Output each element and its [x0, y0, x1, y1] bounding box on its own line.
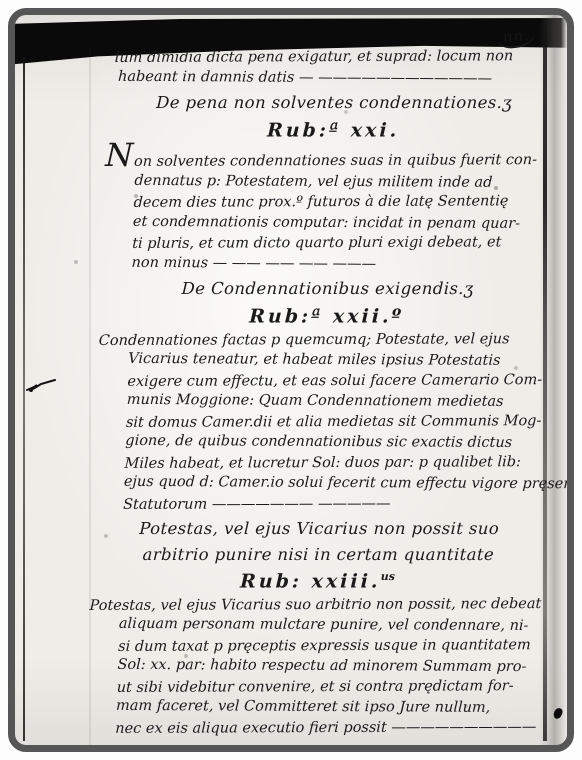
manuscript-line: dennatus p: Potestatem, vel ejus militem… — [134, 171, 563, 194]
manuscript-line: aliquam personam mulctare punire, vel co… — [118, 614, 547, 637]
paragraph-21: Non solventes condennationes suas in qui… — [97, 143, 564, 274]
manuscript-line: Condennationes factas p quemcumq; Potest… — [98, 329, 557, 351]
manuscript-line: habeant in damnis datis — ———————————— — [118, 66, 567, 89]
rubric-superscript: us — [380, 570, 395, 583]
manuscript-line: exigere cum effectu, et eas solui facere… — [127, 370, 556, 392]
rubric-text: Rub:ª xxi. — [267, 119, 400, 141]
manuscript-line: Vicarius teneatur, et habeat miles ipsiu… — [128, 349, 557, 372]
paragraph-22: Condennationes factas p quemcumq; Potest… — [89, 330, 557, 515]
manuscript-line: munis Moggione: Quam Condennationem medi… — [126, 390, 555, 413]
chapter-heading-21: De pena non solventes condennationes.ʒ — [103, 93, 566, 114]
pen-squiggle-icon — [25, 377, 59, 395]
paper-specks — [15, 15, 17, 17]
rubric-number-22: Rub:ª xxii.º — [95, 302, 558, 327]
manuscript-line: non minus — —— —— —— ——— — [131, 253, 560, 276]
manuscript-line: nec ex eis aliqua executio fieri possit … — [115, 717, 544, 739]
manuscript-line: mam faceret, vel Committeret sit ipso Ju… — [116, 696, 545, 719]
rubric-number-21: Rub:ª xxi. — [102, 116, 565, 141]
paragraph-23: Potestas, vel ejus Vicarius suo arbitrio… — [81, 595, 548, 739]
manuscript-line: et condemnationis computar: incidat in p… — [133, 212, 562, 235]
manuscript-line: Non solventes condennationes suas in qui… — [105, 142, 564, 172]
rubric-text: Rub: xxiii. — [240, 570, 381, 592]
manuscript-line: ut sibi videbitur convenire, et si contr… — [116, 676, 545, 698]
chapter-heading-23-line1: Potestas, vel ejus Vicarius non possit s… — [88, 519, 551, 540]
manuscript-line: Statutorum ——————— ————— — [123, 493, 552, 515]
screenshot-canvas: nn. lum dimidia dicta pena exigatur, et … — [0, 0, 582, 760]
carryover-paragraph: lum dimidia dicta pena exigatur, et supr… — [104, 47, 567, 88]
rubric-text: Rub:ª xxii.º — [249, 305, 405, 327]
manuscript-line: lum dimidia dicta pena exigatur, et supr… — [114, 46, 567, 68]
manuscript-line: decem dies tunc prox.º futuros à die lat… — [133, 191, 562, 213]
manuscript-line: ti pluris, et cum dicto quarto pluri exi… — [132, 232, 561, 254]
manuscript-line: si dum taxat p pręceptis expressis usque… — [118, 635, 547, 657]
manuscript-line: gione, de quibus condennationibus sic ex… — [125, 431, 554, 454]
rubric-number-23: Rub: xxiii.us — [86, 567, 549, 592]
photo-frame: nn. lum dimidia dicta pena exigatur, et … — [8, 8, 574, 752]
manuscript-line: Miles habeat, et lucretur Sol: duos par:… — [124, 452, 553, 474]
manuscript-line: ejus quod d: Camer.io solui fecerit cum … — [123, 472, 552, 495]
manuscript-line: Sol: xx. par: habito respectu ad minorem… — [117, 655, 546, 678]
chapter-heading-23-line2: arbitrio punire nisi in certam quantitat… — [87, 545, 550, 566]
chapter-heading-22: De Condennationibus exigendis.ʒ — [96, 279, 559, 300]
manuscript-line: sit domus Camer.dii et alia medietas sit… — [126, 411, 555, 433]
binding-fold-line — [23, 57, 25, 741]
manuscript-text-column: lum dimidia dicta pena exigatur, et supr… — [81, 45, 567, 740]
